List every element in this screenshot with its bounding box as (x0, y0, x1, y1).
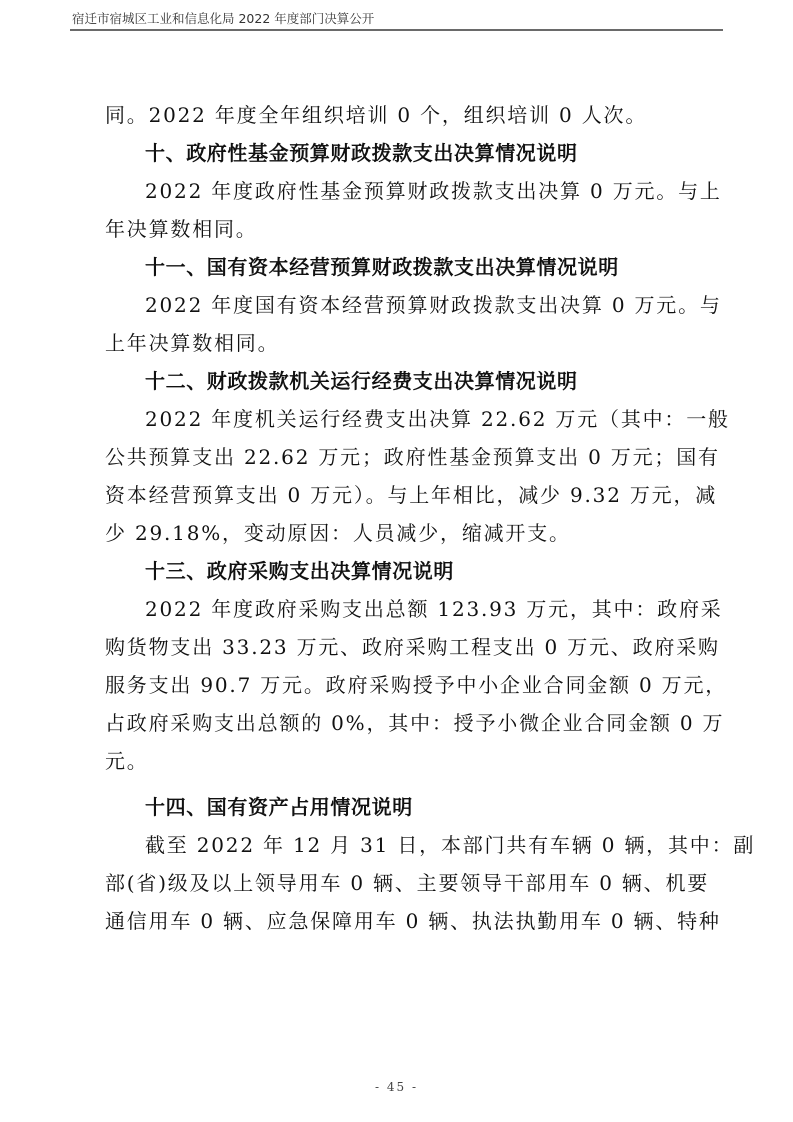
paragraph-line: 通信用车 0 辆、应急保障用车 0 辆、执法执勤用车 0 辆、特种 (105, 902, 695, 940)
paragraph-line: 上年决算数相同。 (105, 324, 695, 362)
paragraph-line: 购货物支出 33.23 万元、政府采购工程支出 0 万元、政府采购 (105, 628, 695, 666)
paragraph-line: 服务支出 90.7 万元。政府采购授予中小企业合同金额 0 万元， (105, 666, 695, 704)
paragraph-line: 少 29.18%，变动原因：人员减少，缩减开支。 (105, 514, 695, 552)
paragraph-line: 元。 (105, 742, 695, 780)
page-header: 宿迁市宿城区工业和信息化局 2022 年度部门决算公开 (70, 6, 723, 31)
page-number: - 45 - (0, 1080, 793, 1094)
paragraph-line: 同。2022 年度全年组织培训 0 个，组织培训 0 人次。 (105, 96, 695, 134)
paragraph-line: 公共预算支出 22.62 万元；政府性基金预算支出 0 万元；国有 (105, 438, 695, 476)
paragraph-line: 2022 年度机关运行经费支出决算 22.62 万元（其中：一般 (105, 400, 695, 438)
section-heading-11: 十一、国有资本经营预算财政拨款支出决算情况说明 (105, 248, 695, 286)
section-heading-12: 十二、财政拨款机关运行经费支出决算情况说明 (105, 362, 695, 400)
paragraph-line: 2022 年度政府采购支出总额 123.93 万元，其中：政府采 (105, 590, 695, 628)
section-heading-13: 十三、政府采购支出决算情况说明 (105, 552, 695, 590)
section-heading-10: 十、政府性基金预算财政拨款支出决算情况说明 (105, 134, 695, 172)
paragraph-line: 部(省)级及以上领导用车 0 辆、主要领导干部用车 0 辆、机要 (105, 864, 695, 902)
paragraph-line: 资本经营预算支出 0 万元）。与上年相比，减少 9.32 万元，减 (105, 476, 695, 514)
document-body: 同。2022 年度全年组织培训 0 个，组织培训 0 人次。 十、政府性基金预算… (105, 96, 695, 940)
paragraph-line: 截至 2022 年 12 月 31 日，本部门共有车辆 0 辆，其中：副 (105, 826, 695, 864)
spacer (105, 780, 695, 788)
paragraph-line: 2022 年度政府性基金预算财政拨款支出决算 0 万元。与上 (105, 172, 695, 210)
paragraph-line: 占政府采购支出总额的 0%，其中：授予小微企业合同金额 0 万 (105, 704, 695, 742)
paragraph-line: 2022 年度国有资本经营预算财政拨款支出决算 0 万元。与 (105, 286, 695, 324)
paragraph-line: 年决算数相同。 (105, 210, 695, 248)
section-heading-14: 十四、国有资产占用情况说明 (105, 788, 695, 826)
header-title: 宿迁市宿城区工业和信息化局 2022 年度部门决算公开 (72, 9, 374, 27)
